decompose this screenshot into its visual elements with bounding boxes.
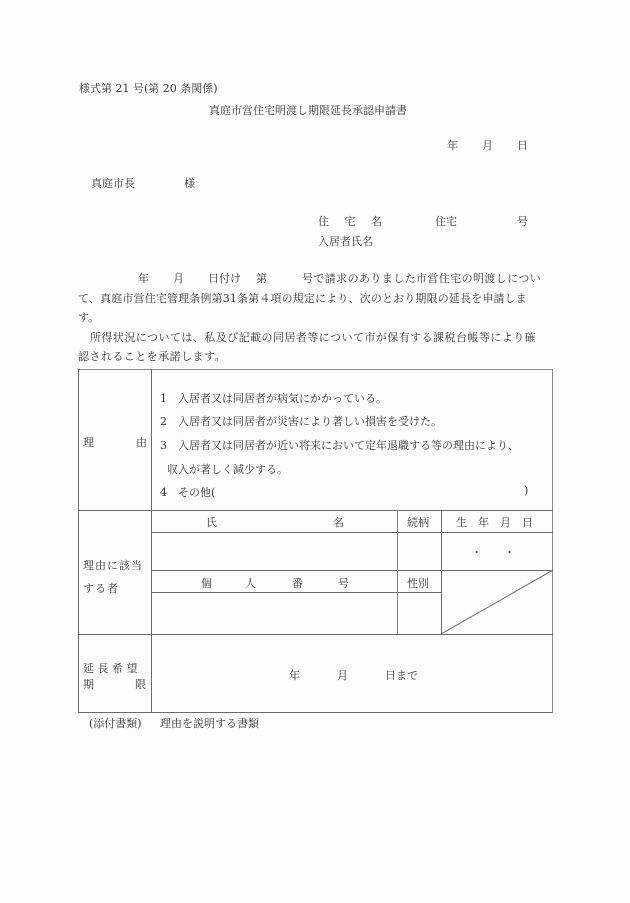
reason-item-4: 4 その他( [160,484,215,500]
attachment-value: 理由を説明する書類 [160,717,259,731]
person-id-number-field[interactable] [152,593,397,634]
name-header-right: 名 [333,514,344,530]
extension-label-line2-right: 限 [135,676,146,692]
body-line3: す。 [78,311,99,325]
table-border-top [78,369,553,370]
body-no: 第 [256,272,267,286]
resident-name-label: 入居者氏名 [318,235,373,249]
reason-item-4-close: ) [524,484,528,497]
extension-day: 日まで [385,667,418,683]
housing-name-label: 住 宅 名 [318,215,385,229]
table-border-bottom [78,712,553,713]
body-month: 月 [173,272,184,286]
id-header-1: 個 [201,575,212,591]
name-header-left: 氏 [206,514,217,530]
housing-number-suffix: 号 [517,215,528,229]
person-sex-field[interactable] [398,593,441,634]
extension-year: 年 [289,667,300,683]
addressee-honorific: 様 [184,177,195,191]
person-birthdate-field[interactable] [442,533,552,570]
person-label-line2: する者 [83,580,119,596]
extension-label-line2-left: 期 [83,676,94,692]
addressee-name: 真庭市長 [91,177,135,191]
body-line2: て、真庭市営住宅管理条例第31条第４項の規定により、次のとおり期限の延長を申請し… [78,292,527,306]
relation-header: 続柄 [407,514,429,530]
extension-month: 月 [337,667,348,683]
reason-label-right: 由 [136,434,147,450]
table-border-left [78,369,79,713]
extension-label-line1: 延 長 希 望 [83,660,138,676]
reason-item-3-cont: 収入が著しく減少する。 [167,461,288,477]
reason-item-1: 1 入居者又は同居者が病気にかかっている。 [160,390,387,406]
id-header-4: 号 [338,575,349,591]
person-name-field[interactable] [152,533,397,570]
document-title: 真庭市営住宅明渡し期限延長承認申請書 [209,104,407,118]
person-relation-field[interactable] [398,533,441,570]
table-border-right [552,369,553,713]
reason-item-2: 2 入居者又は同居者が災害により著しい損害を受けた。 [160,413,442,429]
date-month-label: 月 [482,139,493,153]
birthdate-header: 生 年 月 日 [456,514,533,530]
attachment-label: (添付書類) [89,717,142,731]
body-line4: 所得状況については、私及び記載の同居者等について市が保有する課税台帳等により確 [90,331,536,345]
date-day-label: 日 [517,139,528,153]
id-header-2: 人 [245,575,256,591]
id-header-3: 番 [292,575,303,591]
body-line1-rest: 号で請求のありました市営住宅の明渡しについ [302,272,541,286]
diagonal-strike [441,570,553,634]
body-day: 日付け [208,272,241,286]
person-label-line1: 理由に該当 [83,557,143,573]
section-divider-1 [78,510,553,511]
reason-label-left: 理 [83,434,94,450]
form-number: 様式第 21 号(第 20 条関係) [79,82,218,96]
reason-item-3: 3 入居者又は同居者が近い将来において定年退職する等の理由により、 [160,437,519,453]
body-year: 年 [138,272,149,286]
section-divider-2 [78,634,553,635]
sex-header: 性別 [407,575,429,591]
date-year-label: 年 [447,139,458,153]
body-line5: 認されることを承諾します。 [78,350,226,364]
housing-suffix: 住宅 [435,215,457,229]
